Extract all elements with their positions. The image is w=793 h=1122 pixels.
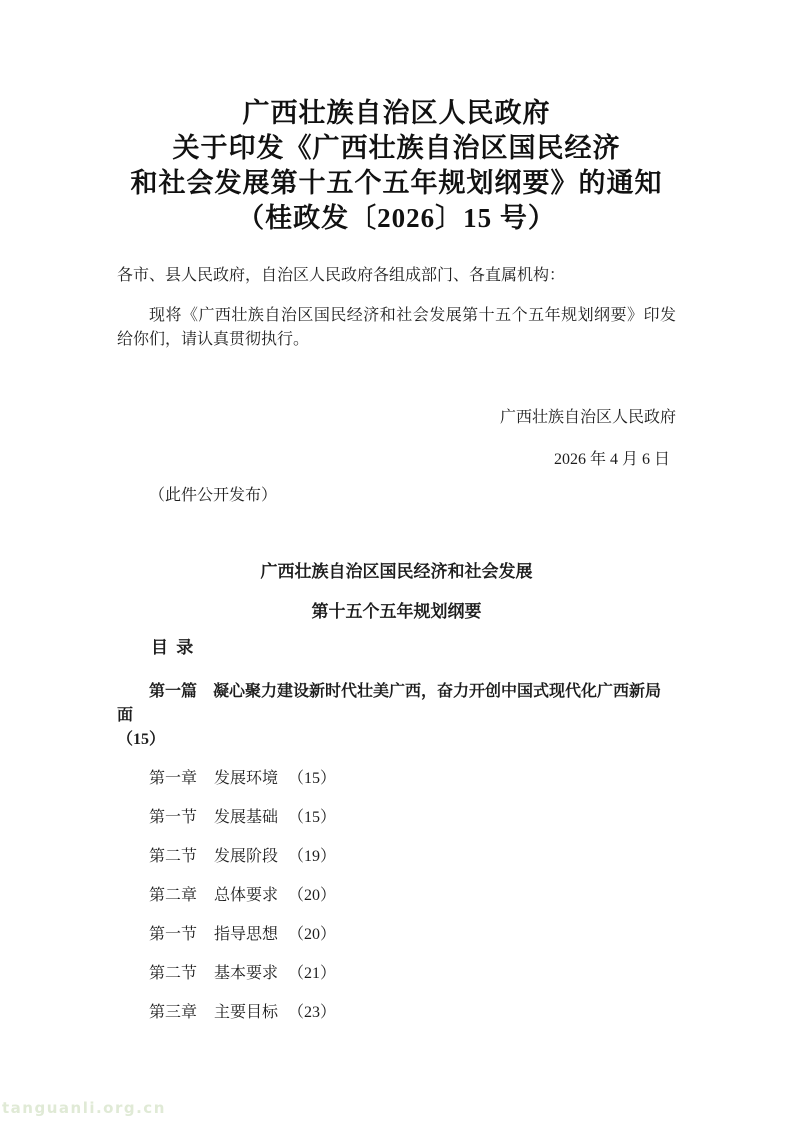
body-paragraph: 现将《广西壮族自治区国民经济和社会发展第十五个五年规划纲要》印发给你们，请认真贯… <box>117 304 676 352</box>
toc-row-page: （19） <box>288 848 336 865</box>
toc-row-page: （20） <box>288 887 336 904</box>
site-watermark: tanguanli.org.cn <box>2 1099 166 1117</box>
document-page: 广西壮族自治区人民政府 关于印发《广西壮族自治区国民经济 和社会发展第十五个五年… <box>0 0 793 1122</box>
toc-row-label: 第三章 <box>149 1004 197 1021</box>
toc-row-label: 第一节 <box>149 926 197 943</box>
toc-part-entry: 第一篇 凝心聚力建设新时代壮美广西，奋力开创中国式现代化广西新局面 <box>117 680 676 728</box>
toc-row-title: 主要目标 <box>214 1004 278 1021</box>
toc-row-title: 总体要求 <box>214 887 278 904</box>
toc-row-page: （23） <box>288 1004 336 1021</box>
salutation: 各市、县人民政府，自治区人民政府各组成部门、各直属机构： <box>117 264 676 288</box>
toc-row-label: 第二节 <box>149 848 197 865</box>
plan-title-line-1: 广西壮族自治区国民经济和社会发展 <box>117 560 676 584</box>
toc-row-title: 指导思想 <box>214 926 278 943</box>
toc-heading: 目 录 <box>117 636 676 660</box>
toc-row-page: （15） <box>288 770 336 787</box>
toc-row: 第二章总体要求（20） <box>117 884 676 908</box>
notice-title-line-1: 广西壮族自治区人民政府 <box>117 96 676 131</box>
notice-title-line-2: 关于印发《广西壮族自治区国民经济 <box>117 131 676 166</box>
toc-row: 第三章主要目标（23） <box>117 1001 676 1025</box>
toc-row: 第一章发展环境（15） <box>117 767 676 791</box>
issuer-signature: 广西壮族自治区人民政府 <box>117 406 676 430</box>
toc-row-title: 发展环境 <box>214 770 278 787</box>
toc-row-label: 第二章 <box>149 887 197 904</box>
notice-title: 广西壮族自治区人民政府 关于印发《广西壮族自治区国民经济 和社会发展第十五个五年… <box>117 96 676 236</box>
toc-row-title: 发展基础 <box>214 809 278 826</box>
toc-row-page: （20） <box>288 926 336 943</box>
toc-row-page: （15） <box>288 809 336 826</box>
toc-row-label: 第一节 <box>149 809 197 826</box>
issue-date: 2026 年 4 月 6 日 <box>117 448 676 472</box>
notice-title-line-3: 和社会发展第十五个五年规划纲要》的通知 <box>117 166 676 201</box>
public-release-note: （此件公开发布） <box>117 484 676 508</box>
toc-row-title: 基本要求 <box>214 965 278 982</box>
toc-row-label: 第一章 <box>149 770 197 787</box>
toc-part-entry-page: （15） <box>117 728 676 752</box>
toc-row: 第二节基本要求（21） <box>117 962 676 986</box>
toc-row: 第一节发展基础（15） <box>117 806 676 830</box>
toc-row-title: 发展阶段 <box>214 848 278 865</box>
notice-doc-number: （桂政发〔2026〕15 号） <box>117 201 676 236</box>
toc-row: 第一节指导思想（20） <box>117 923 676 947</box>
toc-row-label: 第二节 <box>149 965 197 982</box>
toc-row-page: （21） <box>288 965 336 982</box>
plan-title-line-2: 第十五个五年规划纲要 <box>117 600 676 624</box>
toc-row: 第二节发展阶段（19） <box>117 845 676 869</box>
